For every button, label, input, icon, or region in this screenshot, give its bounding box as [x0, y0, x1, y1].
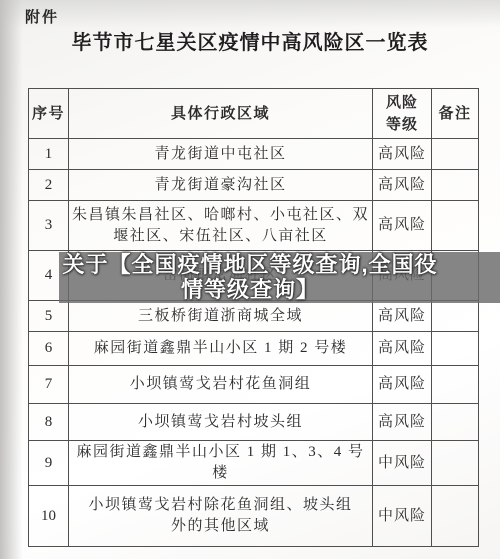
watermark-line1: 关于【全国疫情地区等级查询,全国役 [0, 252, 500, 277]
row-region: 青龙街道豪沟社区 [69, 170, 373, 201]
table-row: 5三板桥街道浙商城全域高风险 [29, 301, 479, 332]
row-index: 6 [29, 332, 69, 366]
table-row: 9麻园街道鑫鼎半山小区 1 期 1、3、4 号楼中风险 [29, 441, 479, 486]
row-region: 小坝镇莺戈岩村坡头组 [69, 404, 373, 441]
header-risk-level: 风险 等级 [373, 89, 432, 139]
row-index: 9 [29, 441, 69, 486]
row-index: 2 [29, 170, 69, 201]
table-row: 1青龙街道中屯社区高风险 [29, 139, 479, 170]
row-risk-level: 中风险 [373, 441, 432, 486]
table-row: 3朱昌镇朱昌社区、哈啷村、小屯社区、双 堰社区、宋伍社区、八亩社区高风险 [29, 201, 479, 251]
row-risk-level: 高风险 [373, 170, 432, 201]
header-index: 序号 [29, 89, 69, 139]
row-note [432, 404, 479, 441]
row-index: 1 [29, 139, 69, 170]
row-note [432, 332, 479, 366]
header-region: 具体行政区域 [69, 89, 373, 139]
row-note [432, 441, 479, 486]
attachment-label: 附件 [25, 6, 59, 27]
table-row: 6麻园街道鑫鼎半山小区 1 期 2 号楼高风险 [29, 332, 479, 366]
row-region: 三板桥街道浙商城全域 [69, 301, 373, 332]
row-risk-level: 高风险 [373, 201, 432, 251]
row-note [432, 201, 479, 251]
row-region: 朱昌镇朱昌社区、哈啷村、小屯社区、双 堰社区、宋伍社区、八亩社区 [69, 201, 373, 251]
row-index: 3 [29, 201, 69, 251]
row-index: 8 [29, 404, 69, 441]
watermark-line2: 情等级查询】 [0, 277, 500, 302]
table-row: 7小坝镇莺戈岩村花鱼洞组高风险 [29, 366, 479, 404]
document-page: 附件 毕节市七星关区疫情中高风险区一览表 序号 具体行政区域 风险 等级 备注 … [0, 0, 500, 559]
row-index: 10 [29, 486, 69, 547]
page-title: 毕节市七星关区疫情中高风险区一览表 [0, 26, 500, 55]
row-risk-level: 高风险 [373, 301, 432, 332]
risk-table: 序号 具体行政区域 风险 等级 备注 1青龙街道中屯社区高风险2青龙街道豪沟社区… [28, 88, 479, 547]
table-row: 2青龙街道豪沟社区高风险 [29, 170, 479, 201]
watermark-text: 关于【全国疫情地区等级查询,全国役 情等级查询】 [0, 252, 500, 303]
row-risk-level: 高风险 [373, 404, 432, 441]
row-region: 青龙街道中屯社区 [69, 139, 373, 170]
row-region: 麻园街道鑫鼎半山小区 1 期 2 号楼 [69, 332, 373, 366]
row-note [432, 486, 479, 547]
row-region: 小坝镇莺戈岩村除花鱼洞组、坡头组 外的其他区域 [69, 486, 373, 547]
row-note [432, 366, 479, 404]
row-risk-level: 高风险 [373, 139, 432, 170]
table-header-row: 序号 具体行政区域 风险 等级 备注 [29, 89, 479, 139]
row-risk-level: 中风险 [373, 486, 432, 547]
row-index: 7 [29, 366, 69, 404]
row-region: 小坝镇莺戈岩村花鱼洞组 [69, 366, 373, 404]
header-note: 备注 [432, 89, 479, 139]
row-risk-level: 高风险 [373, 332, 432, 366]
row-note [432, 301, 479, 332]
row-region: 麻园街道鑫鼎半山小区 1 期 1、3、4 号楼 [69, 441, 373, 486]
row-risk-level: 高风险 [373, 366, 432, 404]
table-row: 8小坝镇莺戈岩村坡头组高风险 [29, 404, 479, 441]
row-note [432, 170, 479, 201]
row-index: 5 [29, 301, 69, 332]
table-row: 10小坝镇莺戈岩村除花鱼洞组、坡头组 外的其他区域中风险 [29, 486, 479, 547]
row-note [432, 139, 479, 170]
